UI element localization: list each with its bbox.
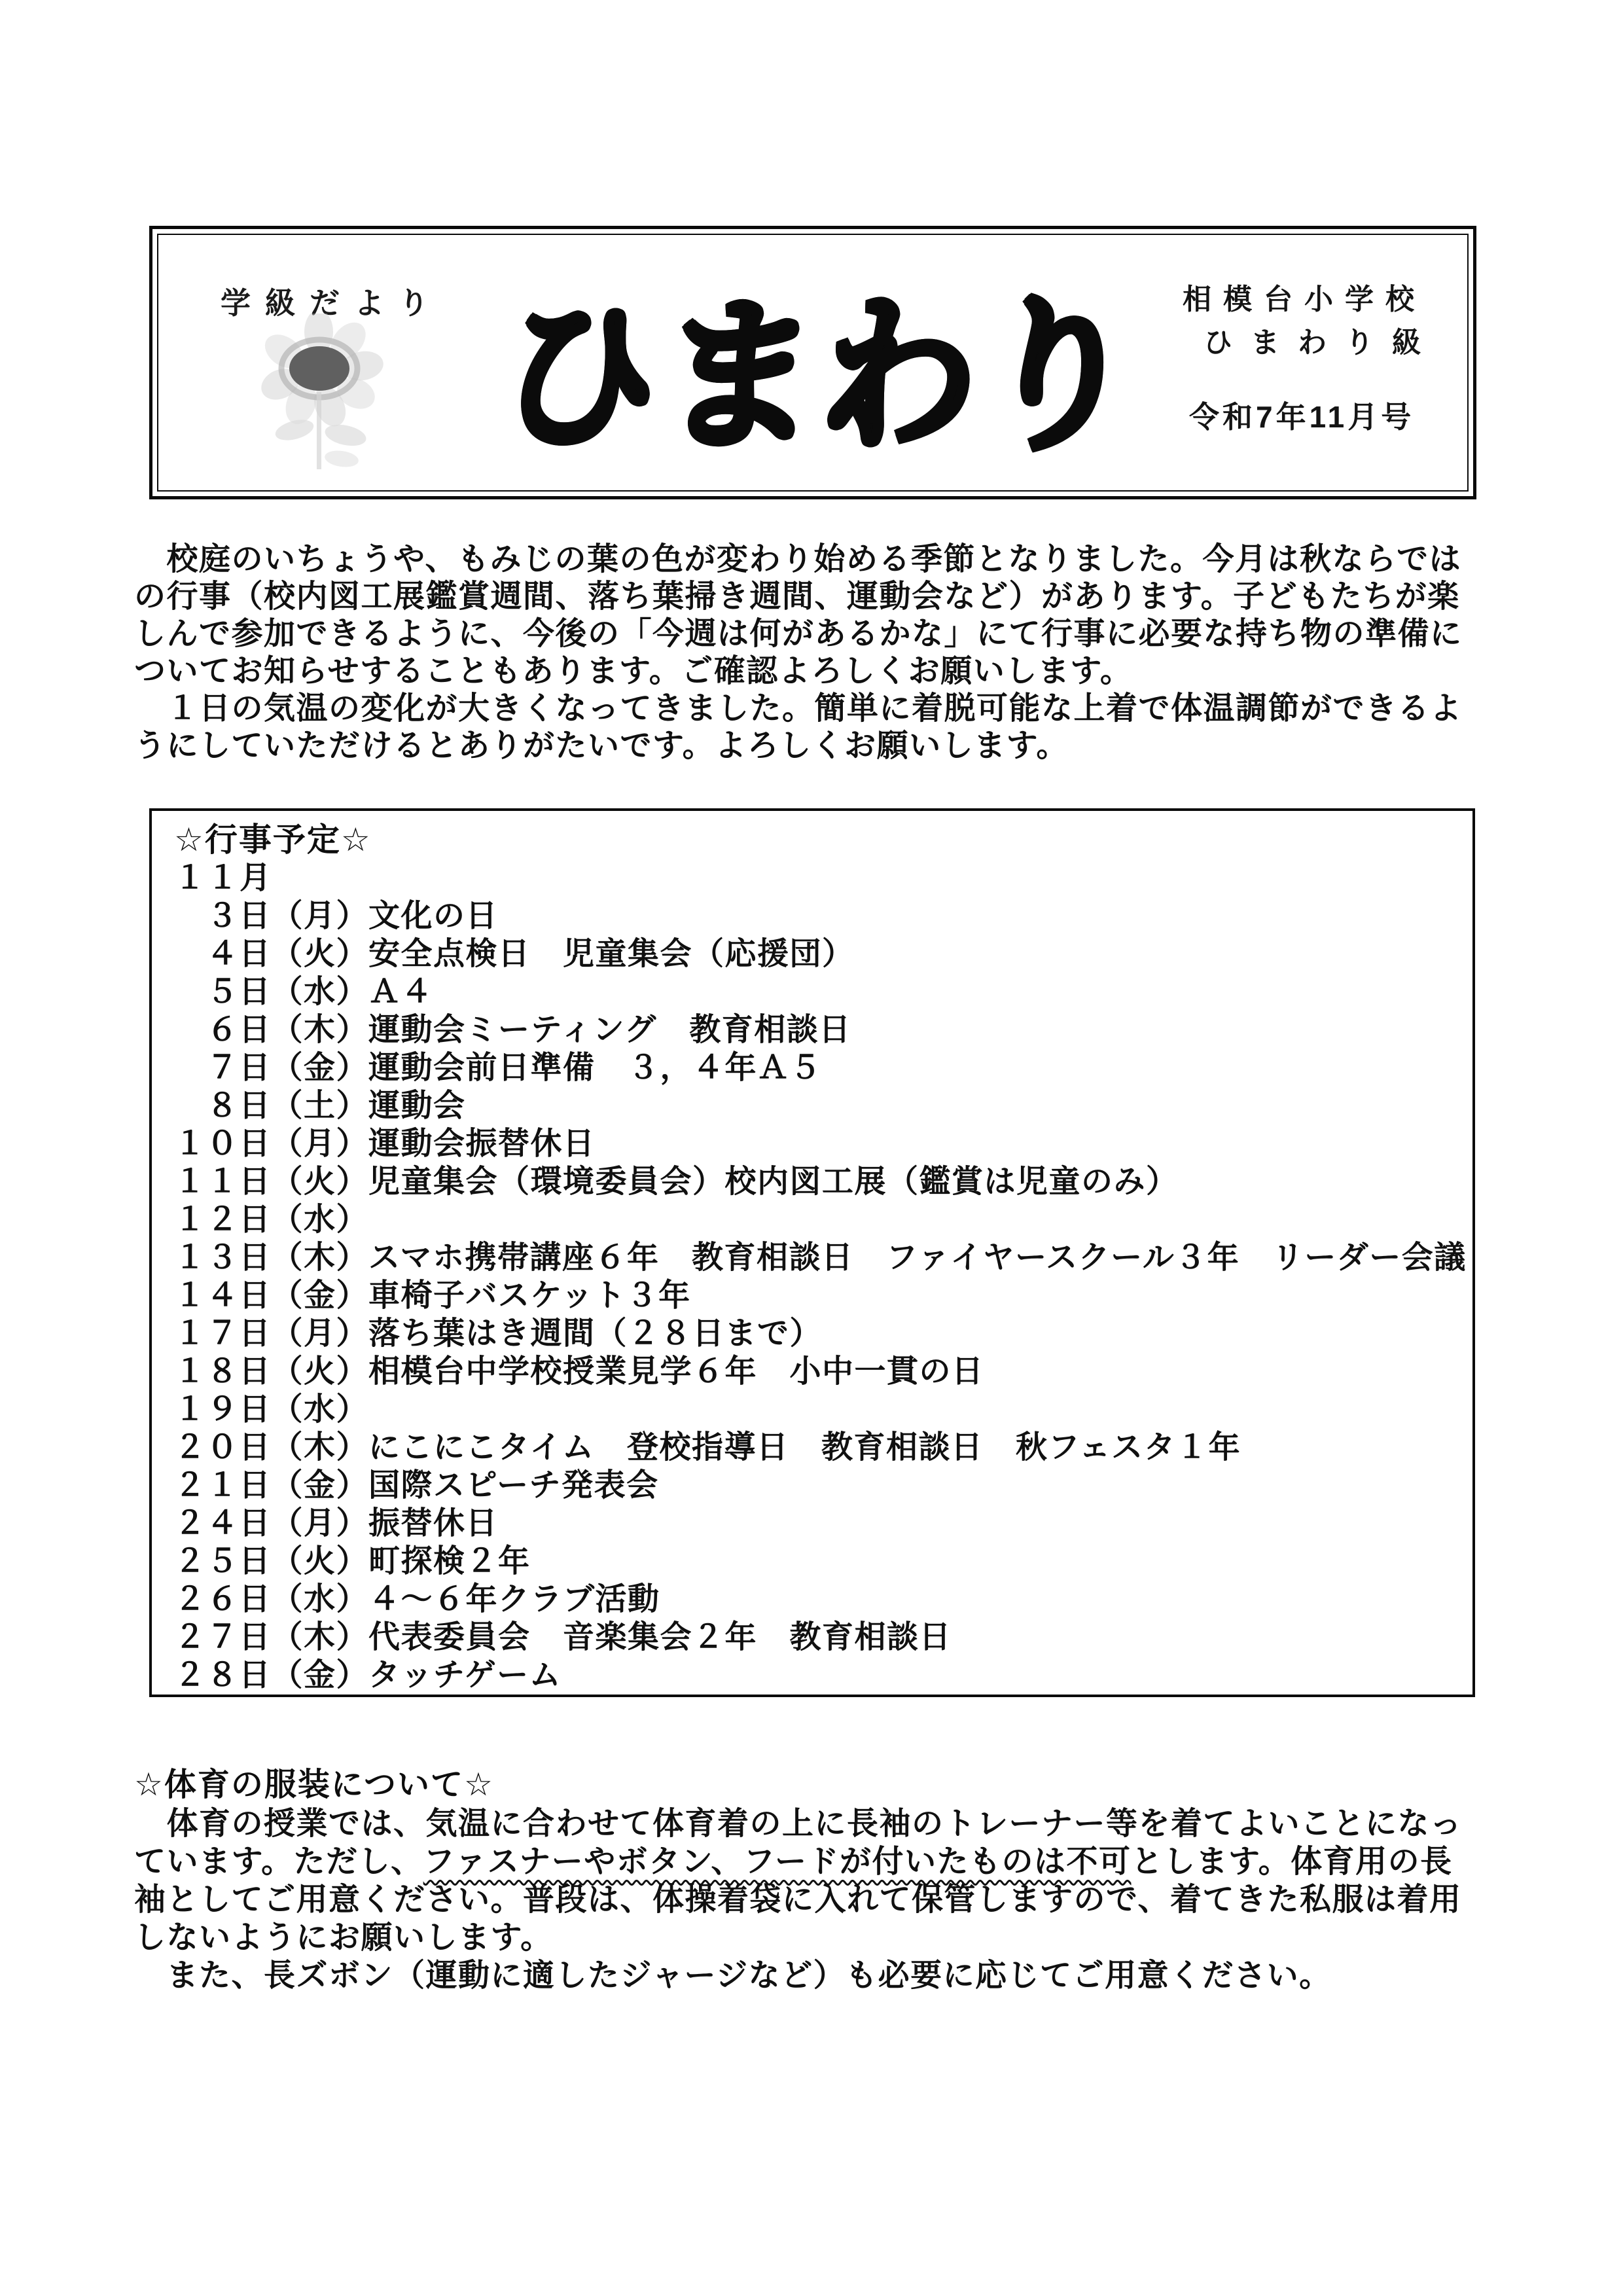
pe-section-heading: ☆体育の服装について☆ bbox=[134, 1765, 1495, 1805]
newsletter-page: 学級だより bbox=[0, 0, 1623, 2296]
pe-line2-wavy-emphasis: ファスナーやボタン、フードが付いたものは不可 bbox=[423, 1844, 1132, 1879]
schedule-item: ３日（月）文化の日 bbox=[174, 897, 1454, 935]
schedule-item: １９日（水） bbox=[174, 1391, 1454, 1429]
masthead-inner-border: 学級だより bbox=[157, 234, 1469, 492]
schedule-month: １１月 bbox=[174, 859, 1454, 897]
schedule-item: ７日（金）運動会前日準備 ３，４年Ａ５ bbox=[174, 1049, 1454, 1087]
schedule-item: ４日（火）安全点検日 児童集会（応援団） bbox=[174, 935, 1454, 973]
sunflower-leaf bbox=[324, 448, 360, 469]
pe-line: また、長ズボン（運動に適したジャージなど）も必要に応じてご用意ください。 bbox=[134, 1957, 1495, 1995]
sunflower-icon bbox=[243, 314, 394, 477]
pe-line: 体育の授業では、気温に合わせて体育着の上に長袖のトレーナー等を着てよいことになっ bbox=[134, 1805, 1495, 1843]
intro-line: うにしていただけるとありがたいです。よろしくお願いします。 bbox=[134, 727, 1495, 764]
pe-line: しないようにお願いします。 bbox=[134, 1919, 1495, 1957]
sunflower-center bbox=[289, 346, 349, 391]
schedule-item: ２１日（金）国際スピーチ発表会 bbox=[174, 1467, 1454, 1505]
sunflower-stem bbox=[317, 392, 321, 469]
intro-line: の行事（校内図工展鑑賞週間、落ち葉掃き週間、運動会など）があります。子どもたちが… bbox=[134, 578, 1495, 615]
schedule-item: １４日（金）車椅子バスケット３年 bbox=[174, 1277, 1454, 1315]
schedule-item: ５日（水）Ａ４ bbox=[174, 973, 1454, 1011]
intro-line: ついてお知らせすることもあります。ご確認よろしくお願いします。 bbox=[134, 653, 1495, 690]
school-name: 相模台小学校 bbox=[1183, 276, 1426, 317]
pe-clothing-section: ☆体育の服装について☆ 体育の授業では、気温に合わせて体育着の上に長袖のトレーナ… bbox=[134, 1765, 1495, 1995]
issue-label: 令和7年11月号 bbox=[1189, 393, 1414, 437]
school-info-block: 相模台小学校 ひまわり級 令和7年11月号 bbox=[1169, 235, 1457, 490]
pe-line2-post: とします。体育用の長 bbox=[1131, 1844, 1452, 1879]
masthead-box: 学級だより bbox=[149, 226, 1476, 499]
schedule-item: ２０日（木）にこにこタイム 登校指導日 教育相談日 秋フェスタ１年 bbox=[174, 1429, 1454, 1467]
schedule-item: １１日（火）児童集会（環境委員会）校内図工展（鑑賞は児童のみ） bbox=[174, 1163, 1454, 1201]
schedule-item: ２７日（木）代表委員会 音楽集会２年 教育相談日 bbox=[174, 1619, 1454, 1657]
schedule-item: １０日（月）運動会振替休日 bbox=[174, 1125, 1454, 1163]
schedule-item: １８日（火）相模台中学校授業見学６年 小中一貫の日 bbox=[174, 1353, 1454, 1391]
schedule-item: ２６日（水）４～６年クラブ活動 bbox=[174, 1581, 1454, 1619]
schedule-item: １７日（月）落ち葉はき週間（２８日まで） bbox=[174, 1315, 1454, 1353]
schedule-item: １２日（水） bbox=[174, 1201, 1454, 1239]
intro-section: 校庭のいちょうや、もみじの葉の色が変わり始める季節となりました。今月は秋ならでは… bbox=[134, 541, 1495, 764]
class-name: ひまわり級 bbox=[1204, 319, 1439, 361]
intro-line: １日の気温の変化が大きくなってきました。簡単に着脱可能な上着で体温調節ができるよ bbox=[134, 690, 1495, 727]
newsletter-title: ひまわり bbox=[491, 248, 1154, 477]
schedule-item: １３日（木）スマホ携帯講座６年 教育相談日 ファイヤースクール３年 リーダー会議 bbox=[174, 1239, 1454, 1277]
pe-line: 袖としてご用意ください。普段は、体操着袋に入れて保管しますので、着てきた私服は着… bbox=[134, 1881, 1495, 1919]
schedule-item: ６日（木）運動会ミーティング 教育相談日 bbox=[174, 1011, 1454, 1049]
schedule-item: ２５日（火）町探検２年 bbox=[174, 1543, 1454, 1581]
schedule-item: ８日（土）運動会 bbox=[174, 1087, 1454, 1125]
intro-line: 校庭のいちょうや、もみじの葉の色が変わり始める季節となりました。今月は秋ならでは bbox=[134, 541, 1495, 578]
pe-line2-pre: ています。ただし、 bbox=[134, 1844, 423, 1879]
schedule-heading: ☆行事予定☆ bbox=[174, 820, 1454, 859]
schedule-box: ☆行事予定☆ １１月 ３日（月）文化の日 ４日（火）安全点検日 児童集会（応援団… bbox=[149, 808, 1475, 1697]
intro-line: しんで参加できるように、今後の「今週は何があるかな」にて行事に必要な持ち物の準備… bbox=[134, 615, 1495, 653]
schedule-item: ２８日（金）タッチゲーム bbox=[174, 1657, 1454, 1695]
schedule-item: ２４日（月）振替休日 bbox=[174, 1505, 1454, 1543]
pe-line: ています。ただし、ファスナーやボタン、フードが付いたものは不可とします。体育用の… bbox=[134, 1843, 1495, 1881]
